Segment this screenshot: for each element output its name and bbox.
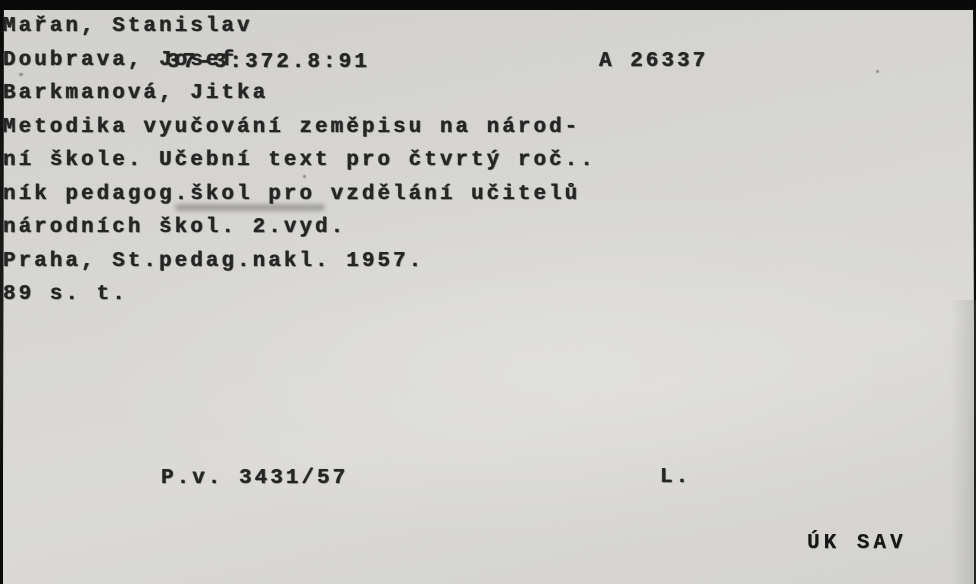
title-line: Metodika vyučování zeměpisu na národ- — [3, 111, 974, 145]
collation-line: 89 s. t. — [3, 278, 974, 312]
author-line: Barkmanová, Jitka — [3, 77, 974, 111]
ink-speck — [876, 70, 879, 73]
title-line: národních škol. 2.vyd. — [3, 211, 974, 245]
library-stamp: ÚK SAV — [807, 532, 907, 555]
imprint-line: Praha, St.pedag.nakl. 1957. — [3, 245, 974, 279]
imprint-block: Praha, St.pedag.nakl. 1957. 89 s. t. — [3, 245, 974, 312]
record-number: P.v. 3431/57 — [161, 462, 348, 496]
author-line: Mařan, Stanislav — [3, 10, 974, 44]
scanned-catalog-card: 37-3:372.8:91 A 26337 Mařan, Stanislav D… — [0, 0, 976, 584]
title-line: ník pedagog.škol pro vzdělání učitelů — [3, 178, 974, 212]
ink-speck — [303, 175, 306, 178]
title-line: ní škole. Učební text pro čtvrtý roč.. — [3, 144, 974, 178]
scan-edge-left — [0, 8, 4, 478]
catalog-card-paper: 37-3:372.8:91 A 26337 Mařan, Stanislav D… — [3, 10, 974, 584]
cataloguer-mark: L. — [660, 461, 691, 495]
author-line: Doubrava, Josef — [3, 44, 974, 78]
ink-speck — [19, 73, 23, 76]
scan-edge-shadow — [950, 300, 976, 584]
title-block: Metodika vyučování zeměpisu na národ- ní… — [3, 111, 974, 245]
authors-block: Mařan, Stanislav Doubrava, Josef Barkman… — [3, 10, 974, 111]
